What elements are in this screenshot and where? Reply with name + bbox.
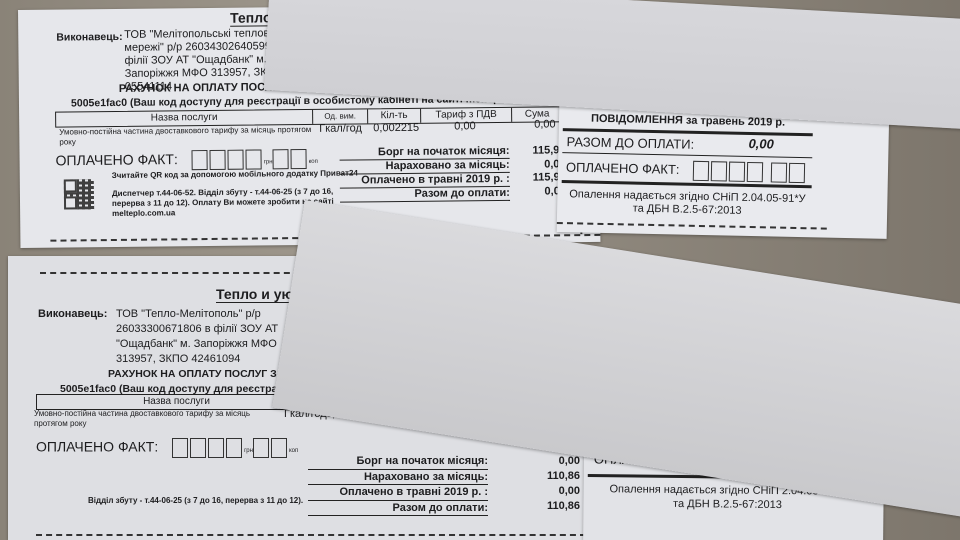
paid-fact-field[interactable]: ОПЛАЧЕНО ФАКТ: грнкоп [55, 149, 317, 172]
tear-line [40, 272, 300, 274]
tear-line [557, 222, 827, 230]
service-sum: 0,00 [534, 118, 556, 130]
tear-line [36, 534, 586, 536]
summary-labels: Борг на початок місяця: Нараховано за мі… [339, 145, 510, 203]
summary-label: Борг на початок місяця: [308, 454, 488, 470]
hryvnia-label: грн [244, 448, 253, 454]
contractor-line: 26033300671806 в філії ЗОУ АТ [116, 322, 278, 337]
qr-code-icon [64, 179, 94, 209]
summary-value: 110,86 [528, 469, 580, 484]
service-tariff: 0,00 [454, 120, 476, 132]
divider [562, 152, 812, 158]
footer-line: та ДБН В.2.5-67:2013 [597, 496, 857, 513]
summary-label: Нараховано за місяць: [308, 470, 488, 486]
paid-fact-label: ОПЛАЧЕНО ФАКТ: [566, 160, 680, 177]
col-service: Назва послуги [56, 110, 313, 127]
summary-label: Оплачено в травні 2019 р. : [308, 485, 488, 501]
summary-value: 110,86 [528, 499, 580, 514]
contractor-label: Виконавець: [56, 31, 122, 44]
service-quantity: 0,002215 [373, 122, 419, 134]
summary-values: 0,00 110,86 0,00 110,86 [528, 454, 580, 514]
qr-hint: Зчитайте QR код за допомогою мобільного … [112, 168, 358, 180]
paid-fact-label: ОПЛАЧЕНО ФАКТ: [36, 439, 158, 455]
contractor-line: "Ощадбанк" м. Запоріжжя МФО [116, 337, 278, 352]
norms-footer: Опалення надається згідно СНіП 2.04.05-9… [567, 188, 807, 219]
kopeck-label: коп [289, 448, 298, 454]
summary-value: 0,00 [528, 484, 580, 499]
hryvnia-label: грн [264, 159, 273, 165]
summary-label: Разом до оплати: [308, 501, 488, 517]
contractor-line: 313957, ЗКПО 42461094 [116, 352, 278, 367]
summary-labels: Борг на початок місяця: Нараховано за мі… [308, 454, 488, 516]
contractor-line: Запоріжжя МФО 313957, ЗКПО [125, 66, 284, 81]
service-name: Умовно-постійна частина двоставкового та… [59, 125, 315, 148]
service-name: Умовно-постійна частина двоставкового та… [34, 409, 284, 429]
contractor-label: Виконавець: [38, 308, 107, 320]
contact-info: Відділ збуту - т.44-06-25 (з 7 до 16, пе… [88, 496, 303, 505]
summary-label: Разом до оплати: [340, 187, 510, 203]
kopeck-label: коп [309, 159, 318, 165]
paid-fact-label: ОПЛАЧЕНО ФАКТ: [55, 151, 177, 168]
paid-fact-field[interactable]: ОПЛАЧЕНО ФАКТ: [566, 158, 807, 183]
total-value: 0,00 [748, 136, 774, 152]
contact-info: Диспетчер т.44-06-52. Відділ збуту - т.4… [112, 187, 334, 219]
contact-line[interactable]: melteplo.com.ua [112, 207, 334, 219]
summary-value: 0,00 [528, 454, 580, 469]
total-label: РАЗОМ ДО ОПЛАТИ: [566, 134, 694, 152]
service-unit: Гкал/год [319, 122, 362, 134]
paid-fact-field[interactable]: ОПЛАЧЕНО ФАКТ: грнкоп [36, 438, 298, 458]
contractor-details: ТОВ "Тепло-Мелітополь" р/р 2603330067180… [116, 307, 278, 367]
contractor-line: ТОВ "Тепло-Мелітополь" р/р [116, 307, 278, 322]
